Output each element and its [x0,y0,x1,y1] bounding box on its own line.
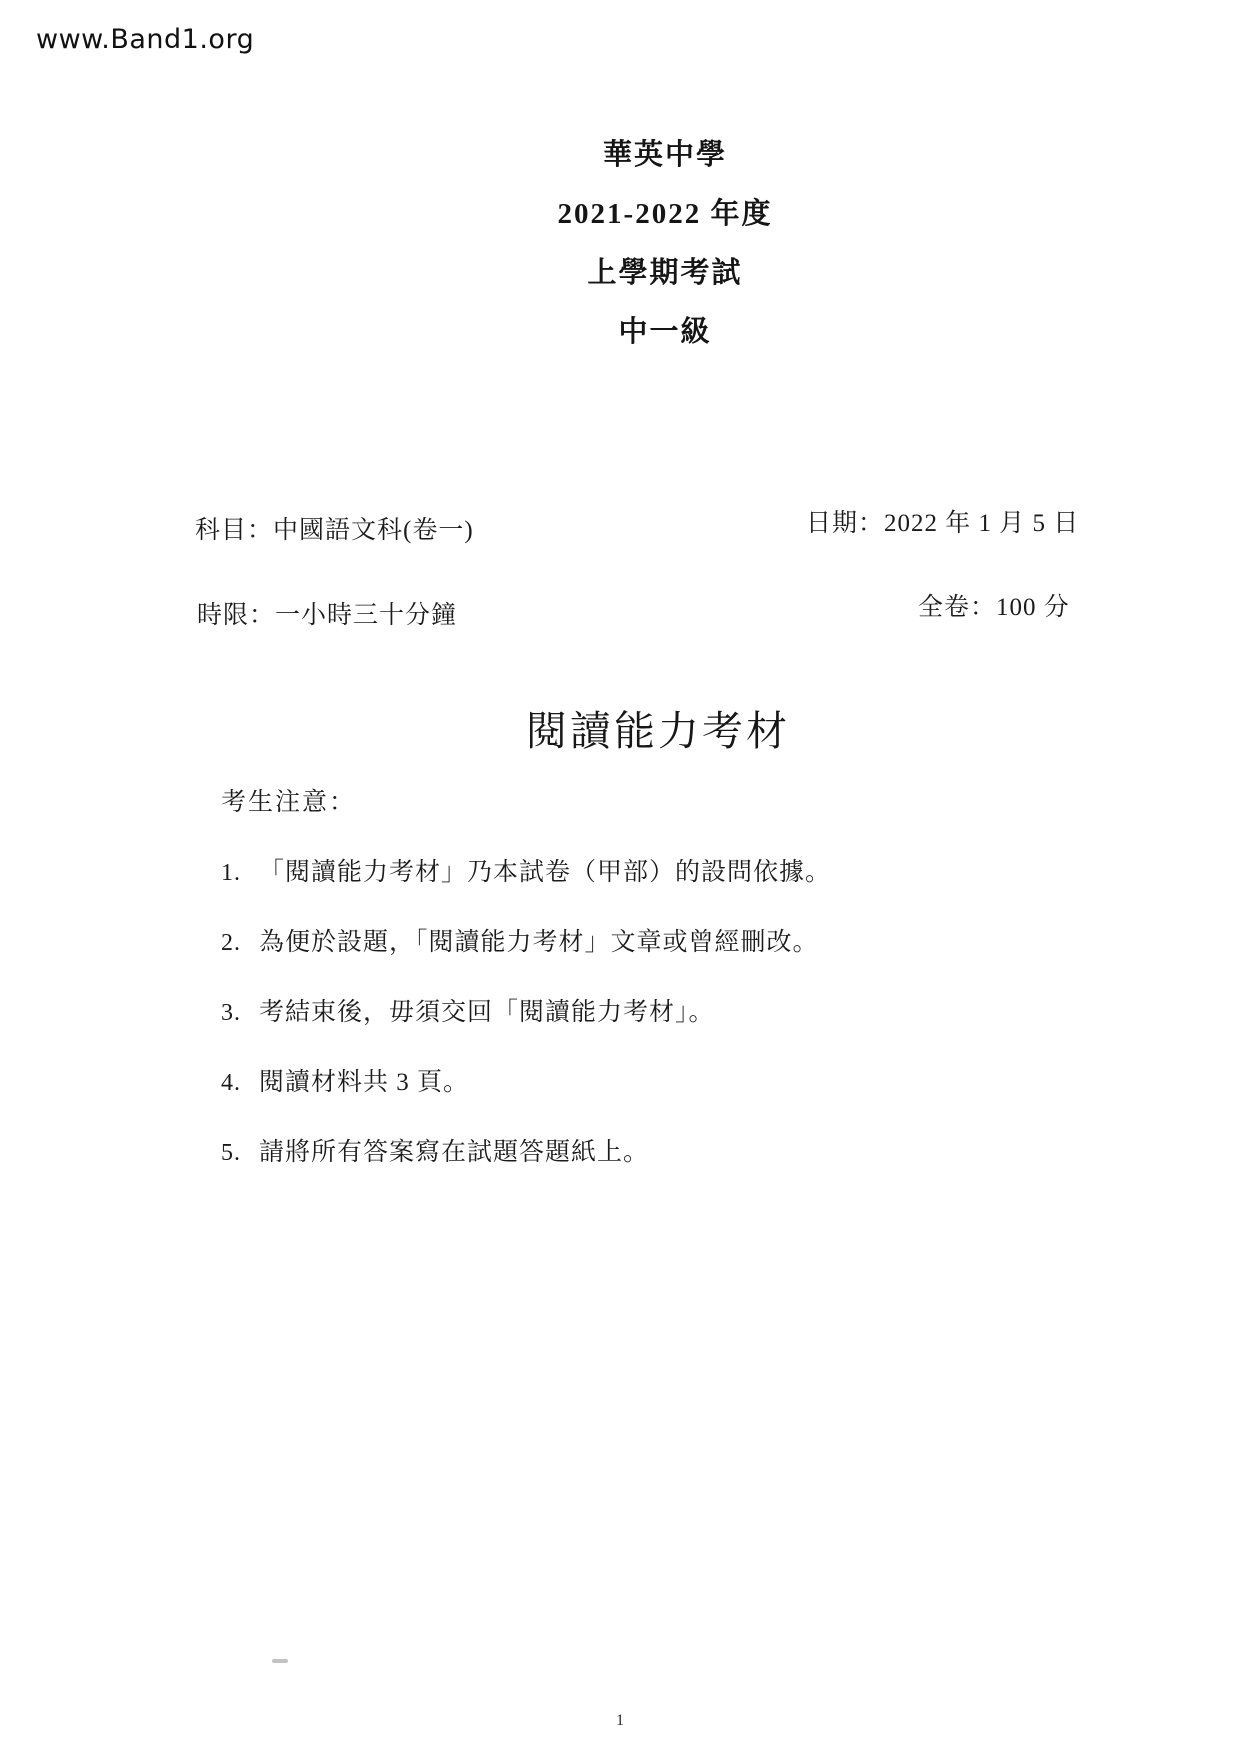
notice-item-4-text: 閱讀材料共 3 頁。 [259,1069,469,1096]
notice-item-1-text: 「閱讀能力考材」乃本試卷（甲部）的設問依據。 [259,859,831,886]
notice-item-4-number: 4. [221,1070,259,1097]
scan-smudge-mark [272,1659,288,1663]
page-number: 1 [0,1712,1240,1730]
notice-item-3: 3.考結束後，毋須交回「閱讀能力考材」。 [221,992,1051,1062]
grade-level: 中一級 [365,303,965,362]
candidate-notice-list: 1.「閱讀能力考材」乃本試卷（甲部）的設問依據。 2.為便於設題，「閱讀能力考材… [221,852,1051,1202]
notice-item-2: 2.為便於設題，「閱讀能力考材」文章或曾經刪改。 [221,922,1051,992]
notice-item-1-number: 1. [221,860,259,887]
exam-term: 上學期考試 [365,244,965,303]
notice-item-3-text: 考結束後，毋須交回「閱讀能力考材」。 [259,999,715,1026]
exam-cover-page: www.Band1.org 華英中學 2021-2022 年度 上學期考試 中一… [0,0,1240,1754]
academic-year: 2021-2022 年度 [365,185,965,244]
candidate-notice-heading: 考生注意： [221,782,356,818]
subject-label: 科目：中國語文科(卷一) [195,510,474,546]
notice-item-1: 1.「閱讀能力考材」乃本試卷（甲部）的設問依據。 [221,852,1051,922]
notice-item-5: 5.請將所有答案寫在試題答題紙上。 [221,1132,1051,1202]
notice-item-5-number: 5. [221,1140,259,1167]
notice-item-4: 4.閱讀材料共 3 頁。 [221,1062,1051,1132]
total-marks-label: 全卷：100 分 [918,587,1070,623]
exam-header: 華英中學 2021-2022 年度 上學期考試 中一級 [365,126,965,362]
notice-item-5-text: 請將所有答案寫在試題答題紙上。 [259,1139,649,1166]
document-title: 閱讀能力考材 [358,698,958,757]
notice-item-3-number: 3. [221,1000,259,1027]
time-limit-label: 時限：一小時三十分鐘 [197,595,457,631]
date-label: 日期：2022 年 1 月 5 日 [806,503,1079,539]
notice-item-2-text: 為便於設題，「閱讀能力考材」文章或曾經刪改。 [259,929,819,956]
site-watermark: www.Band1.org [36,24,254,55]
school-name: 華英中學 [365,126,965,185]
notice-item-2-number: 2. [221,930,259,957]
